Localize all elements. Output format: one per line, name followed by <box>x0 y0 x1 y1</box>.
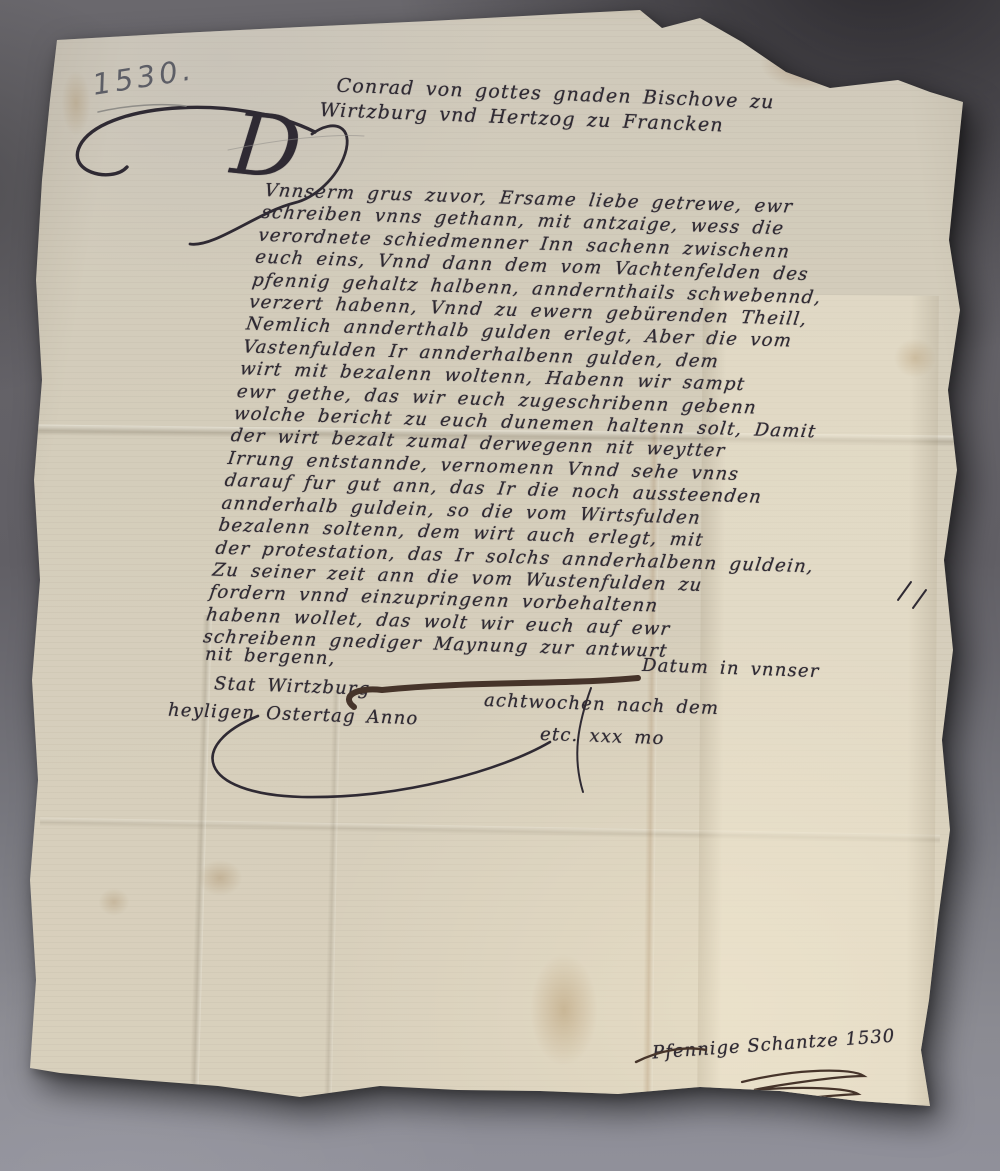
body-lines: Vnnserm grus zuvor, Ersame liebe getrewe… <box>202 180 956 670</box>
paper-shadow-wrap: 1530. Conrad von gottes gnaden Bischove … <box>0 0 1000 1171</box>
closing-anno-etc: etc. xxx mo <box>540 724 665 749</box>
photo-scene: 1530. Conrad von gottes gnaden Bischove … <box>0 0 1000 1171</box>
manuscript-paper: 1530. Conrad von gottes gnaden Bischove … <box>0 0 1000 1171</box>
